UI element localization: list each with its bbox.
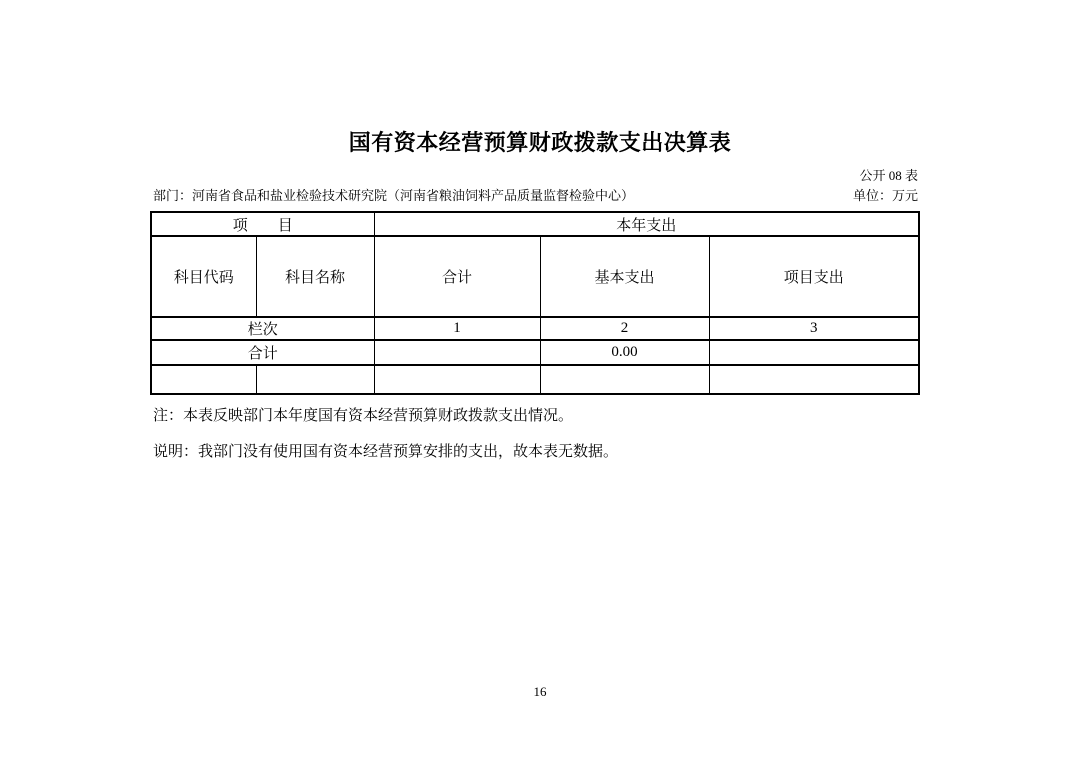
lane-col-2: 2 <box>540 317 709 340</box>
col-header-basic-expenditure: 基本支出 <box>540 236 709 317</box>
table-row-lane: 栏次 1 2 3 <box>151 317 919 340</box>
unit-label: 单位：万元 <box>853 185 918 204</box>
document-page: 国有资本经营预算财政拨款支出决算表 公开 08 表 部门：河南省食品和盐业检验技… <box>0 0 1080 763</box>
table-row-group-header: 项 目 本年支出 <box>151 212 919 236</box>
total-label: 合计 <box>151 340 374 365</box>
budget-table: 项 目 本年支出 科目代码 科目名称 合计 基本支出 项目支出 栏次 1 2 3… <box>150 211 920 395</box>
department-label: 部门：河南省食品和盐业检验技术研究院（河南省粮油饲料产品质量监督检验中心） <box>153 185 634 204</box>
col-header-total: 合计 <box>374 236 540 317</box>
header-current-year-expenditure: 本年支出 <box>374 212 919 236</box>
empty-cell-4 <box>540 365 709 394</box>
explanation-text: 说明：我部门没有使用国有资本经营预算安排的支出，故本表无数据。 <box>153 440 618 461</box>
col-header-project-expenditure: 项目支出 <box>709 236 919 317</box>
meta-row: 部门：河南省食品和盐业检验技术研究院（河南省粮油饲料产品质量监督检验中心） 单位… <box>153 185 918 204</box>
empty-cell-3 <box>374 365 540 394</box>
total-value-total <box>374 340 540 365</box>
col-header-subject-name: 科目名称 <box>256 236 374 317</box>
empty-cell-5 <box>709 365 919 394</box>
col-header-subject-code: 科目代码 <box>151 236 256 317</box>
total-value-basic: 0.00 <box>540 340 709 365</box>
table-row-empty <box>151 365 919 394</box>
empty-cell-1 <box>151 365 256 394</box>
table-row-column-headers: 科目代码 科目名称 合计 基本支出 项目支出 <box>151 236 919 317</box>
page-number: 16 <box>0 684 1080 700</box>
header-project: 项 目 <box>151 212 374 236</box>
total-value-project <box>709 340 919 365</box>
lane-col-3: 3 <box>709 317 919 340</box>
lane-label: 栏次 <box>151 317 374 340</box>
lane-col-1: 1 <box>374 317 540 340</box>
table-row-total: 合计 0.00 <box>151 340 919 365</box>
table-code-label: 公开 08 表 <box>859 165 918 184</box>
page-title: 国有资本经营预算财政拨款支出决算表 <box>0 126 1080 157</box>
note-text: 注：本表反映部门本年度国有资本经营预算财政拨款支出情况。 <box>153 404 573 425</box>
empty-cell-2 <box>256 365 374 394</box>
